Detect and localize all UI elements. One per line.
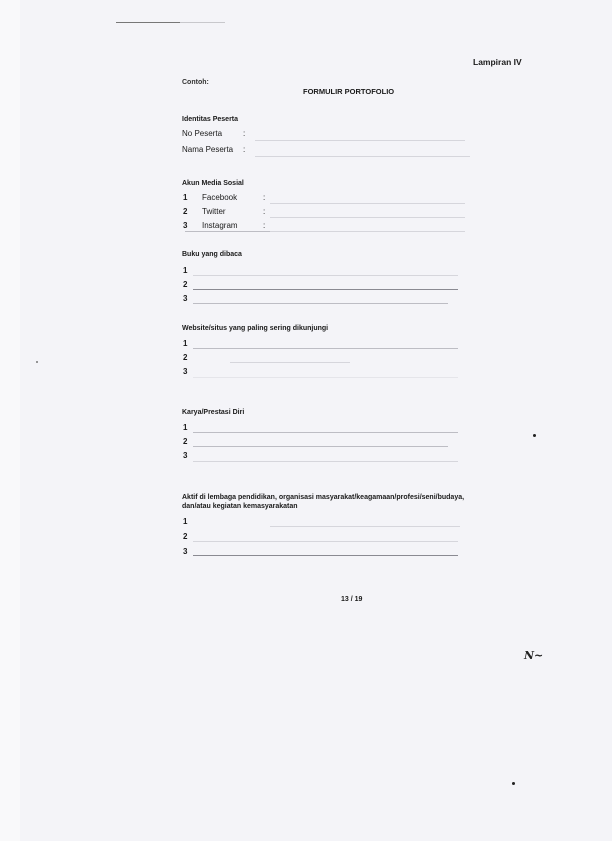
attachment-label: Lampiran IV [473, 57, 522, 67]
website-2-input-line[interactable] [230, 362, 350, 363]
field-separator: : [263, 193, 265, 202]
achievement-1-input-line[interactable] [193, 432, 458, 433]
item-number: 1 [183, 423, 187, 432]
achievement-2-input-line[interactable] [193, 446, 448, 447]
field-separator: : [243, 129, 245, 138]
item-number: 2 [183, 280, 187, 289]
nama-peserta-input-line[interactable] [255, 156, 470, 157]
form-title: FORMULIR PORTOFOLIO [303, 87, 394, 96]
field-separator: : [263, 207, 265, 216]
item-number: 3 [183, 547, 187, 556]
section-heading-identity: Identitas Peserta [182, 116, 238, 123]
activity-2-input-line[interactable] [193, 541, 458, 542]
book-1-input-line[interactable] [193, 275, 458, 276]
field-label-instagram: Instagram [202, 221, 238, 230]
item-number: 2 [183, 437, 187, 446]
instagram-input-line[interactable] [270, 231, 465, 232]
achievement-3-input-line[interactable] [193, 461, 458, 462]
scan-edge [0, 0, 20, 841]
book-2-input-line[interactable] [193, 289, 458, 290]
field-label-facebook: Facebook [202, 193, 237, 202]
item-number: 1 [183, 266, 187, 275]
website-3-input-line[interactable] [193, 377, 458, 378]
item-number: 3 [183, 294, 187, 303]
scan-artifact-line [180, 22, 225, 23]
activity-3-input-line[interactable] [193, 555, 458, 556]
item-number: 2 [183, 353, 187, 362]
page-indicator: 13 / 19 [341, 596, 362, 603]
section-heading-activities-line1: Aktif di lembaga pendidikan, organisasi … [182, 494, 464, 501]
activity-1-input-line[interactable] [270, 526, 460, 527]
scan-artifact-line [116, 22, 180, 23]
item-number: 3 [183, 451, 187, 460]
twitter-input-line[interactable] [270, 217, 465, 218]
item-number: 1 [183, 193, 187, 202]
item-number: 3 [183, 221, 187, 230]
field-label-twitter: Twitter [202, 207, 226, 216]
initials-signature: N~ [524, 649, 543, 662]
section-heading-activities-line2: dan/atau kegiatan kemasyarakatan [182, 503, 298, 510]
field-separator: : [263, 221, 265, 230]
item-number: 2 [183, 532, 187, 541]
book-3-input-line[interactable] [193, 303, 448, 304]
section-heading-websites: Website/situs yang paling sering dikunju… [182, 325, 328, 332]
facebook-input-line[interactable] [270, 203, 465, 204]
scan-speck [533, 434, 536, 437]
field-label-no-peserta: No Peserta [182, 129, 222, 138]
item-number: 3 [183, 367, 187, 376]
item-number: 2 [183, 207, 187, 216]
example-label: Contoh: [182, 79, 209, 86]
scan-speck [512, 782, 515, 785]
section-heading-books: Buku yang dibaca [182, 251, 242, 258]
website-1-input-line[interactable] [193, 348, 458, 349]
section-heading-social-media: Akun Media Sosial [182, 180, 244, 187]
instagram-underline [185, 231, 270, 232]
field-separator: : [243, 145, 245, 154]
item-number: 1 [183, 517, 187, 526]
field-label-nama-peserta: Nama Peserta [182, 145, 233, 154]
scan-speck [36, 361, 38, 363]
item-number: 1 [183, 339, 187, 348]
section-heading-achievements: Karya/Prestasi Diri [182, 409, 244, 416]
no-peserta-input-line[interactable] [255, 140, 465, 141]
